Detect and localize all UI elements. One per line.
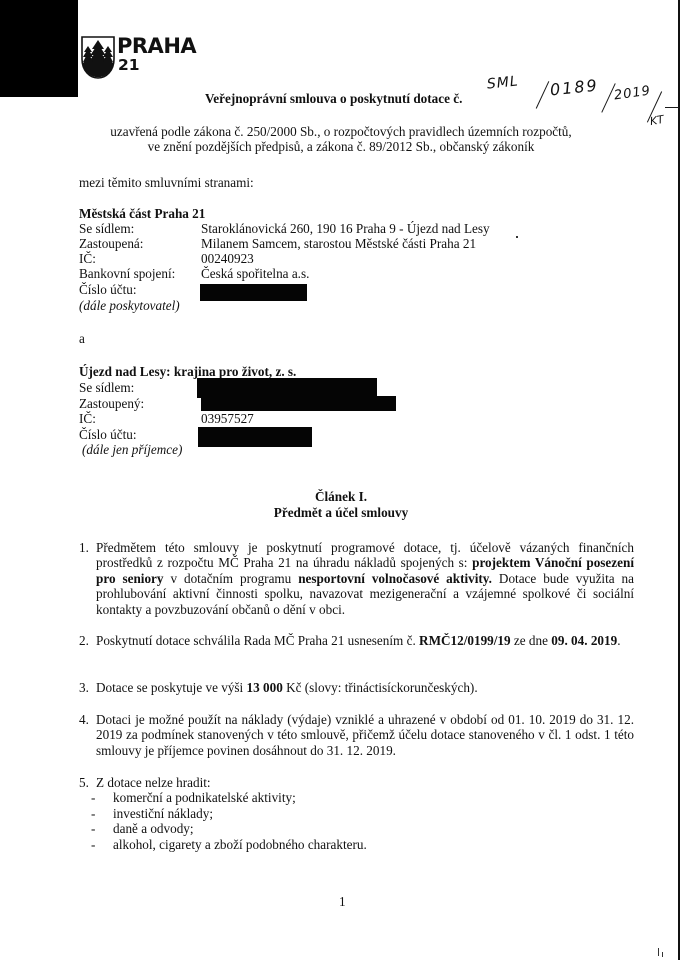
provider-account-label: Číslo účtu: [79, 282, 137, 297]
intro-line-1: uzavřená podle zákona č. 250/2000 Sb., o… [0, 124, 682, 139]
handwritten-dash [665, 107, 679, 108]
scan-speck [516, 236, 518, 238]
scan-speck [662, 952, 663, 957]
article-title: Předmět a účel smlouvy [0, 505, 682, 520]
item-number: 4. [79, 712, 89, 727]
recipient-represented-label: Zastoupený: [79, 396, 144, 411]
handwritten-slash [536, 81, 550, 109]
recipient-account-label: Číslo účtu: [79, 427, 137, 442]
scan-speck [658, 948, 659, 956]
conjunction: a [79, 331, 85, 346]
provider-seat-label: Se sídlem: [79, 221, 134, 236]
praha21-logo: PRAHA 21 [81, 34, 196, 80]
provider-ic-label: IČ: [79, 251, 96, 266]
provider-role: (dále poskytovatel) [79, 298, 180, 313]
between-parties-text: mezi těmito smluvními stranami: [79, 175, 254, 190]
handwritten-part-sml: SML [486, 74, 519, 93]
redaction-block-corner [0, 0, 78, 97]
provider-represented-value: Milanem Samcem, starostou Městské části … [201, 236, 476, 251]
list-item: -komerční a podnikatelské aktivity; [91, 790, 634, 805]
intro-legal-basis: uzavřená podle zákona č. 250/2000 Sb., o… [0, 124, 682, 155]
logo-number: 21 [118, 56, 140, 74]
item-text: Z dotace nelze hradit: [96, 775, 634, 790]
item-number: 1. [79, 540, 89, 555]
provider-seat-value: Staroklánovická 260, 190 16 Praha 9 - Új… [201, 221, 490, 236]
item-number: 2. [79, 633, 89, 648]
item-text: Poskytnutí dotace schválila Rada MČ Prah… [96, 633, 634, 648]
article-item-3: 3. Dotace se poskytuje ve výši 13 000 Kč… [79, 680, 634, 695]
handwritten-part-year: 2019 [613, 83, 652, 103]
intro-line-2: ve znění pozdějších předpisů, a zákona č… [0, 139, 682, 154]
page-number: 1 [339, 894, 346, 909]
logo-name: PRAHA [117, 34, 196, 58]
item-text: Dotaci je možné použít na náklady (výdaj… [96, 712, 634, 758]
coat-of-arms-trees-icon [81, 35, 115, 79]
item-text: Dotace se poskytuje ve výši 13 000 Kč (s… [96, 680, 634, 695]
recipient-role: (dále jen příjemce) [82, 442, 182, 457]
article-item-4: 4. Dotaci je možné použít na náklady (vý… [79, 712, 634, 758]
recipient-account-redaction [198, 427, 312, 447]
recipient-seat-label: Se sídlem: [79, 380, 134, 395]
handwritten-part-number: 0189 [549, 77, 599, 97]
list-item: -alkohol, cigarety a zboží podobného cha… [91, 837, 634, 852]
recipient-seat-redaction [197, 378, 377, 398]
recipient-represented-redaction [201, 396, 396, 411]
article-item-5: 5. Z dotace nelze hradit: -komerční a po… [79, 775, 634, 852]
item-text: Předmětem této smlouvy je poskytnutí pro… [96, 540, 634, 617]
article-item-1: 1. Předmětem této smlouvy je poskytnutí … [79, 540, 634, 617]
provider-represented-label: Zastoupená: [79, 236, 143, 251]
list-item: -daně a odvody; [91, 821, 634, 836]
excluded-costs-list: -komerční a podnikatelské aktivity; -inv… [91, 790, 634, 852]
recipient-ic-label: IČ: [79, 411, 96, 426]
provider-account-redaction [200, 284, 307, 301]
recipient-ic-value: 03957527 [201, 411, 254, 426]
provider-bank-label: Bankovní spojení: [79, 266, 175, 281]
article-number: Článek I. [0, 489, 682, 504]
provider-ic-value: 00240923 [201, 251, 254, 266]
provider-name: Městská část Praha 21 [79, 206, 205, 221]
item-number: 5. [79, 775, 89, 790]
list-item: -investiční náklady; [91, 806, 634, 821]
provider-bank-value: Česká spořitelna a.s. [201, 266, 309, 281]
item-number: 3. [79, 680, 89, 695]
article-item-2: 2. Poskytnutí dotace schválila Rada MČ P… [79, 633, 634, 648]
document-title: Veřejnoprávní smlouva o poskytnutí dotac… [205, 91, 462, 106]
